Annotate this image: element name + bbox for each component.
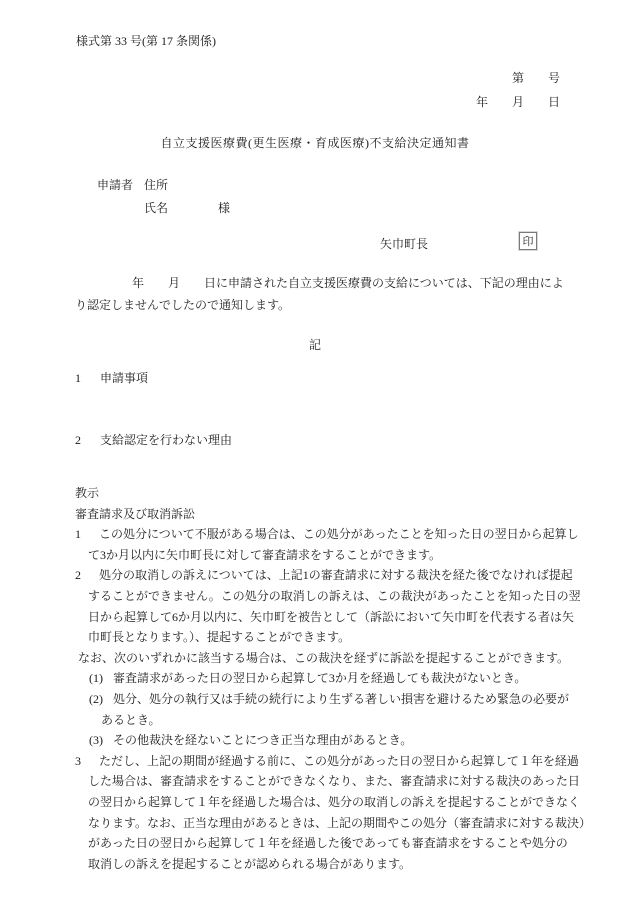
notice-line: 日から起算して6か月以内に、矢巾町を被告として（訴訟において矢巾町を代表する者は… xyxy=(75,607,580,628)
seal-character: 印 xyxy=(523,233,534,249)
body-line: り認定しませんでしたので通知します。 xyxy=(75,294,575,316)
seal-stamp: 印 xyxy=(519,232,537,250)
subitem-number: (3) xyxy=(89,730,113,751)
section-label: 申請事項 xyxy=(100,371,148,386)
applicant-name-label: 氏名 xyxy=(144,201,168,216)
notice-subitem: (2) 処分、処分の執行又は手続の続行により生ずる著しい損害を避けるため緊急の必… xyxy=(75,689,580,710)
applicant-address-label: 住所 xyxy=(144,178,168,193)
record-marker: 記 xyxy=(0,338,630,353)
notice-subheading: 審査請求及び取消訴訟 xyxy=(75,504,580,525)
applicant-honorific: 様 xyxy=(218,201,230,216)
subitem-number: (2) xyxy=(89,689,113,710)
notice-line: 取消しの訴えを提起することが認められる場合があります。 xyxy=(75,854,580,875)
applicant-label: 申請者 xyxy=(97,178,133,193)
section-number: 2 xyxy=(75,433,100,448)
notice-line: なります。なお、正当な理由があるときは、上記の期間やこの処分（審査請求に対する裁… xyxy=(75,813,580,834)
body-line: 年 月 日に申請された自立支援医療費の支給については、下記の理由によ xyxy=(75,272,575,294)
subitem-number: (1) xyxy=(89,668,113,689)
line-number: 1 xyxy=(75,524,99,545)
notice-subitem: (1) 審査請求があった日の翌日から起算して3か月を経過しても裁決がないとき。 xyxy=(75,668,580,689)
notice-line: なお、次のいずれかに該当する場合は、この裁決を経ずに訴訟を提起することができます… xyxy=(75,648,580,669)
document-page: 様式第 33 号(第 17 条関係) 第 号 年 月 日 自立支援医療費(更生医… xyxy=(0,0,630,903)
notice-subitem: (3) その他裁決を経ないことにつき正当な理由があるとき。 xyxy=(75,730,580,751)
appeal-notice: 教示 審査請求及び取消訴訟 1 この処分について不服がある場合は、この処分があっ… xyxy=(75,483,580,874)
form-number: 様式第 33 号(第 17 条関係) xyxy=(76,34,216,49)
notice-line: 1 この処分について不服がある場合は、この処分があったことを知った日の翌日から起… xyxy=(75,524,580,545)
notice-line: 3 ただし、上記の期間が経過する前に、この処分があった日の翌日から起算して１年を… xyxy=(75,751,580,772)
notice-line: あるとき。 xyxy=(75,710,580,731)
notice-line: することができません。この処分の取消しの訴えは、この裁決があったことを知った日の… xyxy=(75,586,580,607)
notice-line: があった日の翌日から起算して１年を経過した後であっても審査請求をすることや処分の xyxy=(75,833,580,854)
notice-line: て3か月以内に矢巾町長に対して審査請求をすることができます。 xyxy=(75,545,580,566)
issuer-title: 矢巾町長 xyxy=(380,237,428,252)
notice-line: した場合は、審査請求をすることができなくなり、また、審査請求に対する裁決のあった… xyxy=(75,771,580,792)
line-number: 2 xyxy=(75,565,99,586)
section-application-items: 1 申請事項 xyxy=(75,371,148,386)
notification-body: 年 月 日に申請された自立支援医療費の支給については、下記の理由によ り認定しま… xyxy=(75,272,575,316)
section-label: 支給認定を行わない理由 xyxy=(100,433,232,448)
notice-line: 巾町長となります。）、提起することができます。 xyxy=(75,627,580,648)
notice-line: 2 処分の取消しの訴えについては、上記1の審査請求に対する裁決を経た後でなければ… xyxy=(75,565,580,586)
document-number-line: 第 号 xyxy=(512,71,560,86)
document-title: 自立支援医療費(更生医療・育成医療)不支給決定通知書 xyxy=(0,136,630,151)
line-number: 3 xyxy=(75,751,99,772)
date-line: 年 月 日 xyxy=(476,95,560,110)
section-denial-reason: 2 支給認定を行わない理由 xyxy=(75,433,232,448)
section-number: 1 xyxy=(75,371,100,386)
notice-line: の翌日から起算して１年を経過した場合は、処分の取消しの訴えを提起することができな… xyxy=(75,792,580,813)
notice-heading: 教示 xyxy=(75,483,580,504)
